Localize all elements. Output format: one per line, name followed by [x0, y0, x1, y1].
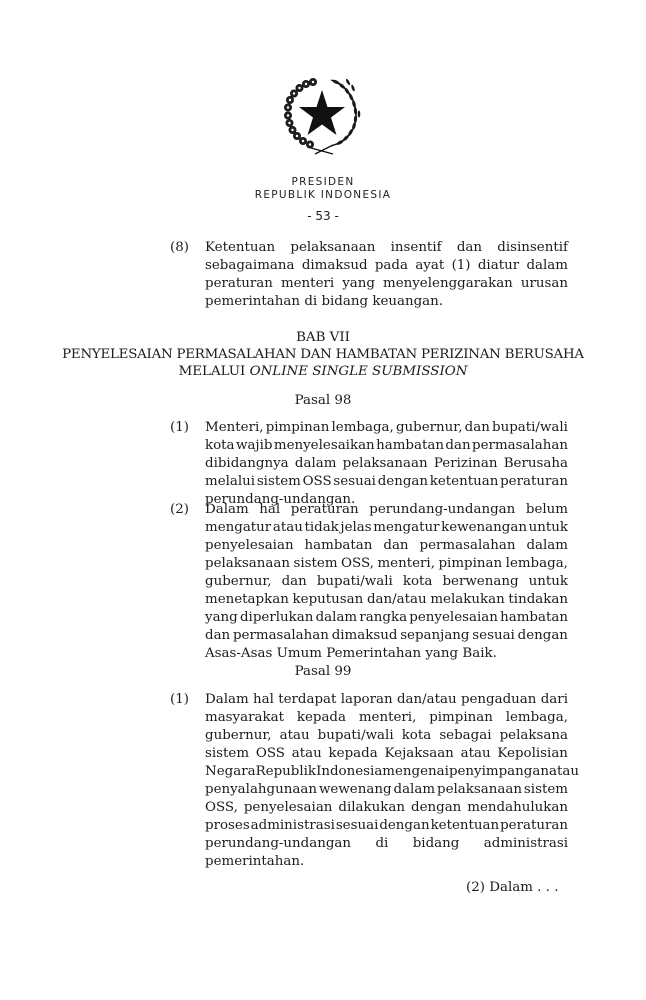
- text-line: Dalamhalperaturanperundang-undanganbelum: [205, 501, 568, 519]
- page-number: - 53 -: [0, 209, 646, 223]
- text-line: pelaksanaansistemOSS,menteri,pimpinanlem…: [205, 555, 568, 573]
- chapter-title-italic: ONLINE SINGLE SUBMISSION: [250, 364, 468, 379]
- text-line: yangdiperlukandalamrangkapenyelesaianham…: [205, 609, 568, 627]
- pasal-98-title: Pasal 98: [0, 392, 646, 410]
- text-line: pemerintahan.: [205, 853, 568, 871]
- text-line: sistemOSSataukepadaKejaksaanatauKepolisi…: [205, 745, 568, 763]
- item-number: (2): [170, 501, 189, 519]
- text-line: Menteri,pimpinanlembaga,gubernur,danbupa…: [205, 419, 568, 437]
- text-line: peraturanmenteriyangmenyelenggarakanurus…: [205, 275, 568, 293]
- text-line: dibidangnyadalampelaksanaanPerizinanBeru…: [205, 455, 568, 473]
- paragraph-number: (8): [170, 239, 189, 257]
- text-line: Dalamhalterdapatlaporandan/ataupengaduan…: [205, 691, 568, 709]
- text-line: gubernur,danbupati/walikotaberwenanguntu…: [205, 573, 568, 591]
- text-line: OSS,penyelesaiandilakukandenganmendahulu…: [205, 799, 568, 817]
- text-line: danpermasalahandimaksudsepanjangsesuaide…: [205, 627, 568, 645]
- text-line: gubernur,ataubupati/walikotasebagaipelak…: [205, 727, 568, 745]
- pasal-99-title: Pasal 99: [0, 663, 646, 681]
- text-line: kotawajibmenyelesaikanhambatandanpermasa…: [205, 437, 568, 455]
- item-number: (1): [170, 419, 189, 437]
- text-line: NegaraRepublikIndonesiamengenaipenyimpan…: [205, 763, 568, 781]
- text-line: penyalahgunaanwewenangdalampelaksanaansi…: [205, 781, 568, 799]
- continuation-catchword: (2) Dalam . . .: [466, 879, 558, 897]
- item-text: Menteri,pimpinanlembaga,gubernur,danbupa…: [205, 419, 568, 509]
- item-text: Dalamhalterdapatlaporandan/ataupengaduan…: [205, 691, 568, 871]
- chapter-title-line2: MELALUI ONLINE SINGLE SUBMISSION: [0, 363, 646, 381]
- document-page: PRESIDEN REPUBLIK INDONESIA - 53 - (8) K…: [0, 0, 646, 1000]
- text-line: perundang-undangandibidangadministrasi: [205, 835, 568, 853]
- item-number: (1): [170, 691, 189, 709]
- header-president: PRESIDEN: [0, 176, 646, 188]
- text-line: penyelesaianhambatandanpermasalahandalam: [205, 537, 568, 555]
- chapter-label: BAB VII: [0, 329, 646, 347]
- text-line: sebagaimanadimaksudpadaayat(1)diaturdala…: [205, 257, 568, 275]
- paragraph-text: Ketentuanpelaksanaaninsentifdandisinsent…: [205, 239, 568, 311]
- text-line: prosesadministrasisesuaidenganketentuanp…: [205, 817, 568, 835]
- chapter-title-prefix: MELALUI: [179, 364, 250, 379]
- text-line: Asas-AsasUmumPemerintahanyangBaik.: [205, 645, 568, 663]
- item-text: Dalamhalperaturanperundang-undanganbelum…: [205, 501, 568, 663]
- text-line: melaluisistemOSSsesuaidenganketentuanper…: [205, 473, 568, 491]
- header-republic: REPUBLIK INDONESIA: [0, 189, 646, 201]
- text-line: menetapkankeputusandan/ataumelakukantind…: [205, 591, 568, 609]
- text-line: Ketentuanpelaksanaaninsentifdandisinsent…: [205, 239, 568, 257]
- text-line: pemerintahandibidangkeuangan.: [205, 293, 568, 311]
- chapter-title-line1: PENYELESAIAN PERMASALAHAN DAN HAMBATAN P…: [0, 346, 646, 364]
- text-line: mengaturatautidakjelasmengaturkewenangan…: [205, 519, 568, 537]
- state-emblem-icon: [281, 74, 363, 158]
- text-line: masyarakatkepadamenteri,pimpinanlembaga,: [205, 709, 568, 727]
